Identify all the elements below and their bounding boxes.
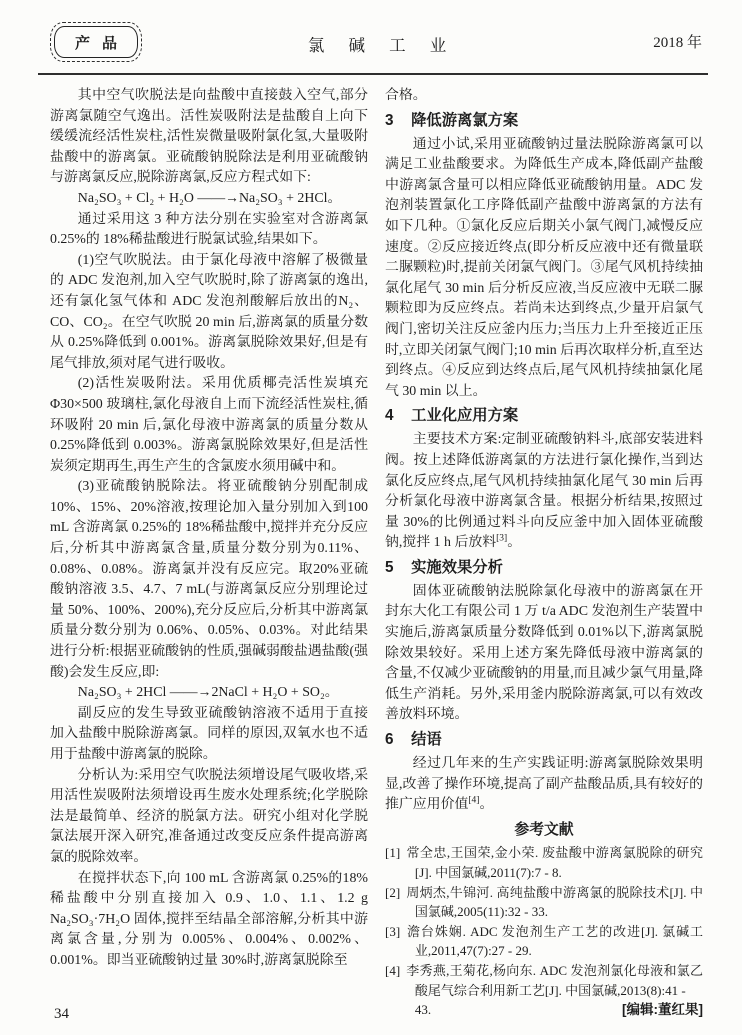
reference-text: 李秀燕,王菊花,杨向东. ADC 发泡剂氯化母液和氯乙酸尾气综合利用新工艺[J]… (406, 963, 703, 998)
section-heading-4: 4工业化应用方案 (385, 405, 703, 427)
left-column: 其中空气吹脱法是向盐酸中直接鼓入空气,部分游离氯随空气逸出。活性炭吸附法是盐酸自… (50, 86, 368, 1003)
reference-text: 常全忠,王国荣,金小荣. 废盐酸中游离氯脱除的研究[J]. 中国氯碱,2011(… (406, 845, 703, 880)
paragraph: 分析认为:采用空气吹脱法须增设尾气吸收塔,采用活性炭吸附法须增设再生废水处理系统… (50, 766, 368, 869)
paragraph-text: 主要技术方案:定制亚硫酸钠料斗,底部安装进料阀。按上述降低游离氯的方法进行氯化操… (385, 432, 703, 550)
paragraph-text: 。 (479, 797, 493, 812)
reference-text: 周炳杰,牛锦河. 高纯盐酸中游离氯的脱除技术[J]. 中国氯碱,2005(11)… (406, 885, 703, 920)
chemical-equation-1: Na₂SO₃ + Cl₂ + H₂O ——→Na₂SO₃ + 2HCl。 (50, 189, 368, 210)
section-number: 4 (385, 407, 394, 424)
page-number: 34 (54, 1006, 69, 1023)
paragraph: (2)活性炭吸附法。采用优质椰壳活性炭填充Φ30×500 玻璃柱,氯化母液自上而… (50, 374, 368, 477)
reference-text: 澹台姝娴. ADC 发泡剂生产工艺的改进[J]. 氯碱工业,2011,47(7)… (406, 924, 703, 959)
journal-page: 产品 氯 碱 工 业 2018 年 其中空气吹脱法是向盐酸中直接鼓入空气,部分游… (0, 0, 742, 1035)
right-column: 合格。 3降低游离氯方案 通过小试,采用亚硫酸钠过量法脱除游离氯可以满足工业盐酸… (385, 86, 703, 1003)
citation-superscript: [4] (468, 796, 479, 806)
paragraph: 副反应的发生导致亚硫酸钠溶液不适用于直接加入盐酸中脱除游离氯。同样的原因,双氧水… (50, 704, 368, 766)
paragraph-text: 经过几年来的生产实践证明:游离氯脱除效果明显,改善了操作环境,提高了副产盐酸品质… (385, 756, 703, 812)
header-rule (38, 73, 708, 75)
page-header: 产品 氯 碱 工 业 2018 年 (50, 22, 704, 70)
reference-marker: [1] (385, 845, 400, 860)
paragraph: 通过小试,采用亚硫酸钠过量法脱除游离氯可以满足工业盐酸要求。为降低生产成本,降低… (385, 135, 703, 403)
reference-item: [4]李秀燕,王菊花,杨向东. ADC 发泡剂氯化母液和氯乙酸尾气综合利用新工艺… (385, 961, 703, 1000)
section-title: 降低游离氯方案 (411, 112, 518, 129)
section-number: 5 (385, 559, 394, 576)
paragraph-continuation: 合格。 (385, 86, 703, 107)
section-title: 实施效果分析 (411, 559, 503, 576)
section-heading-6: 6结语 (385, 729, 703, 751)
section-title: 结语 (411, 731, 442, 748)
citation-superscript: [3] (496, 534, 507, 544)
paragraph: 在搅拌状态下,向 100 mL 含游离氯 0.25%的18%稀盐酸中分别直接加入… (50, 869, 368, 972)
reference-item: [1]常全忠,王国荣,金小荣. 废盐酸中游离氯脱除的研究[J]. 中国氯碱,20… (385, 843, 703, 882)
stamp-label: 产品 (63, 32, 129, 53)
section-heading-3: 3降低游离氯方案 (385, 110, 703, 132)
issue-year: 2018 年 (653, 31, 702, 52)
chemical-equation-2: Na₂SO₃ + 2HCl ——→2NaCl + H₂O + SO₂。 (50, 683, 368, 704)
section-heading-5: 5实施效果分析 (385, 557, 703, 579)
paragraph: 其中空气吹脱法是向盐酸中直接鼓入空气,部分游离氯随空气逸出。活性炭吸附法是盐酸自… (50, 86, 368, 189)
paragraph: (1)空气吹脱法。由于氯化母液中溶解了极微量的 ADC 发泡剂,加入空气吹脱时,… (50, 251, 368, 375)
product-column-stamp: 产品 (54, 26, 138, 58)
paragraph: 通过采用这 3 种方法分别在实验室对含游离氯0.25%的 18%稀盐酸进行脱氯试… (50, 210, 368, 251)
paragraph: 经过几年来的生产实践证明:游离氯脱除效果明显,改善了操作环境,提高了副产盐酸品质… (385, 754, 703, 816)
section-number: 6 (385, 731, 394, 748)
reference-last-line: 43. [编辑:董红果] (385, 1000, 703, 1020)
section-title: 工业化应用方案 (411, 407, 518, 424)
paragraph: (3)亚硫酸钠脱除法。将亚硫酸钠分别配制成10%、15%、20%溶液,按理论加入… (50, 477, 368, 683)
section-number: 3 (385, 112, 394, 129)
paragraph-text: 。 (507, 535, 521, 550)
reference-item: [3]澹台姝娴. ADC 发泡剂生产工艺的改进[J]. 氯碱工业,2011,47… (385, 922, 703, 961)
reference-marker: [4] (385, 963, 400, 978)
reference-page-end: 43. (415, 1000, 431, 1020)
references-heading: 参考文献 (385, 820, 703, 841)
reference-marker: [2] (385, 885, 400, 900)
reference-marker: [3] (385, 924, 400, 939)
editor-credit: [编辑:董红果] (622, 1000, 703, 1020)
paragraph: 固体亚硫酸钠法脱除氯化母液中的游离氯在开封东大化工有限公司 1 万 t/a AD… (385, 582, 703, 726)
reference-item: [2]周炳杰,牛锦河. 高纯盐酸中游离氯的脱除技术[J]. 中国氯碱,2005(… (385, 883, 703, 922)
journal-title: 氯 碱 工 业 (298, 32, 456, 56)
article-body: 其中空气吹脱法是向盐酸中直接鼓入空气,部分游离氯随空气逸出。活性炭吸附法是盐酸自… (50, 86, 703, 1003)
paragraph: 主要技术方案:定制亚硫酸钠料斗,底部安装进料阀。按上述降低游离氯的方法进行氯化操… (385, 430, 703, 554)
